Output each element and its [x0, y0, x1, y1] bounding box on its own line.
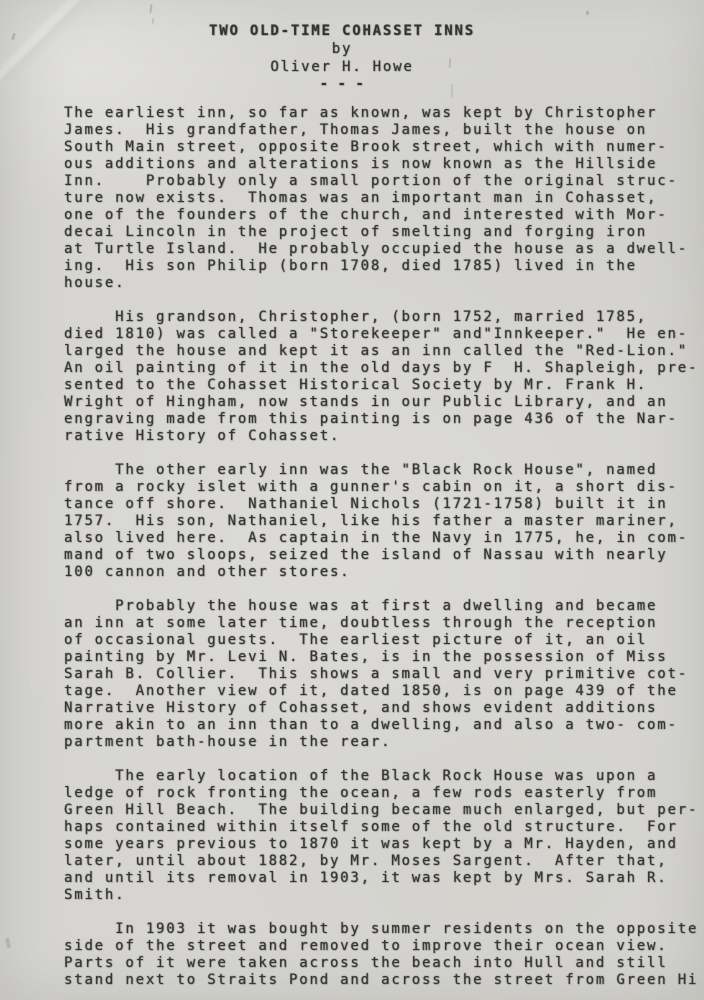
document-body: The earliest inn, so far as known, was k… [64, 105, 704, 1000]
paragraph-6: In 1903 it was bought by summer resident… [64, 921, 704, 989]
separator-dashes: - - - [0, 75, 694, 93]
paragraph-5: The early location of the Black Rock Hou… [64, 768, 704, 904]
paragraph-2: His grandson, Christopher, (born 1752, m… [64, 309, 704, 445]
typewritten-page: TWO OLD-TIME COHASSET INNS by Oliver H. … [0, 0, 704, 1000]
document-title: TWO OLD-TIME COHASSET INNS [0, 22, 694, 40]
paper-speck [149, 4, 152, 13]
byline: by [0, 40, 694, 58]
paragraph-3: The other early inn was the "Black Rock … [64, 462, 704, 581]
paper-speck [5, 938, 11, 949]
paragraph-1: The earliest inn, so far as known, was k… [64, 105, 704, 292]
title-block: TWO OLD-TIME COHASSET INNS by Oliver H. … [0, 22, 694, 93]
author-name: Oliver H. Howe [0, 58, 694, 76]
paper-speck [586, 11, 589, 15]
paragraph-4: Probably the house was at first a dwelli… [64, 598, 704, 751]
